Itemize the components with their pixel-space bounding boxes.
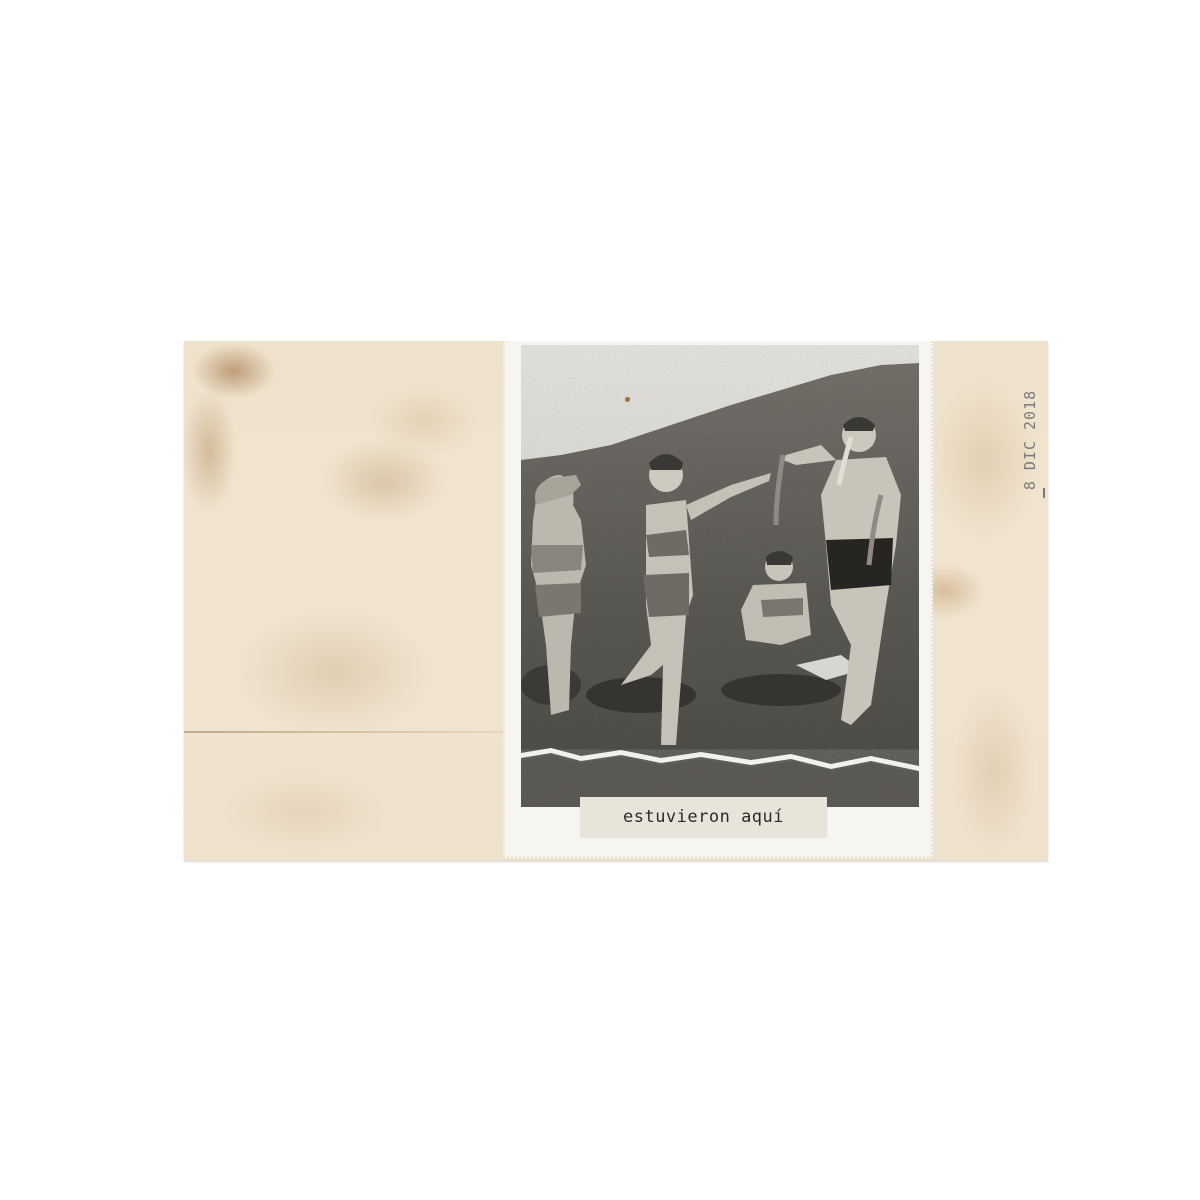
date-stamp-mark xyxy=(1043,488,1045,498)
paper-stain xyxy=(184,731,504,733)
date-stamp-text: 8 DIC 2018 xyxy=(1021,390,1039,490)
photo-hillside xyxy=(521,345,919,807)
caption-text: estuvieron aquí xyxy=(623,807,784,827)
date-stamp: 8 DIC 2018 xyxy=(1018,370,1042,510)
caption-slip: estuvieron aquí xyxy=(580,797,827,837)
photo-spot xyxy=(625,397,630,402)
vintage-photograph xyxy=(521,345,919,807)
